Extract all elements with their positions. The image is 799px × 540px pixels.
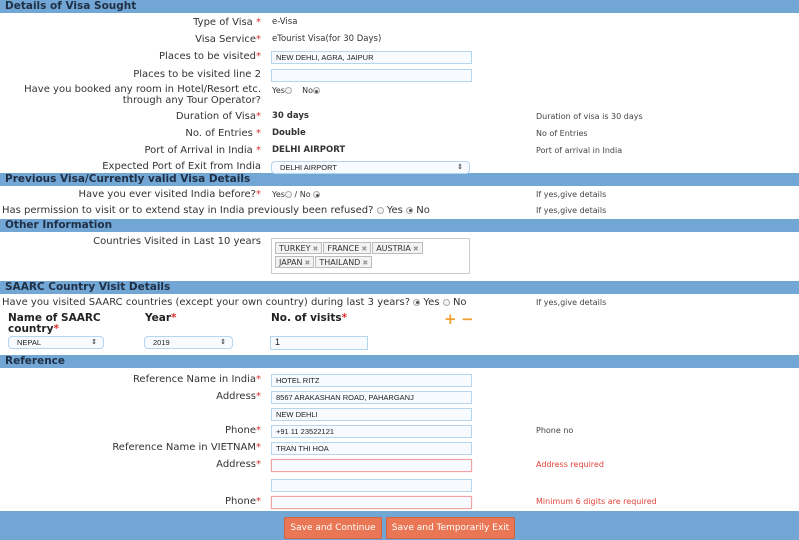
visited-india-label: Have you ever visited India before?*	[79, 186, 261, 203]
places-label: Places to be visited*	[159, 48, 261, 65]
ref-name-vn-label: Reference Name in VIETNAM*	[112, 439, 261, 456]
ref-phone-label: Phone*	[225, 422, 261, 439]
select-arrows-icon: ⇕	[457, 162, 463, 173]
exit-port-label: Expected Port of Exit from India	[102, 158, 261, 175]
save-exit-button[interactable]: Save and Temporarily Exit	[386, 517, 515, 539]
places2-input[interactable]	[271, 69, 472, 82]
countries-visited-label: Countries Visited in Last 10 years	[93, 233, 261, 250]
saarc-year-select[interactable]: 2019⇕	[144, 336, 233, 349]
entries-hint: No of Entries	[536, 125, 588, 142]
refused-hint: If yes,give details	[536, 202, 606, 219]
ref-address-label: Address*	[216, 388, 261, 405]
saarc-no-radio[interactable]	[443, 299, 450, 306]
country-tag-label: THAILAND	[319, 258, 360, 267]
remove-row-button[interactable]: −	[461, 310, 474, 328]
previous-visa-block: Have you ever visited India before?* Yes…	[0, 186, 799, 219]
places-input[interactable]: NEW DEHLI, AGRA, JAIPUR	[271, 51, 472, 64]
remove-tag-icon[interactable]: ✖	[362, 259, 368, 267]
duration-value: 30 days	[272, 108, 309, 125]
type-of-visa-value: e-Visa	[272, 14, 297, 31]
saarc-block: Have you visited SAARC countries (except…	[0, 294, 799, 355]
reference-block: Reference Name in India* HOTEL RITZ Addr…	[0, 368, 799, 515]
exit-port-select[interactable]: DELHI AIRPORT⇕	[271, 161, 470, 174]
col-country-header: Name of SAARCcountry*	[8, 313, 101, 335]
ref-phone-input[interactable]: +91 11 23522121	[271, 425, 472, 438]
section-reference: Reference	[0, 355, 799, 368]
country-tag: AUSTRIA✖	[372, 242, 423, 254]
remove-tag-icon[interactable]: ✖	[361, 245, 367, 253]
saarc-yes-radio[interactable]	[413, 299, 420, 306]
ref-name-india-label: Reference Name in India*	[133, 371, 261, 388]
type-of-visa-label: Type of Visa *	[193, 14, 261, 31]
section-other-info: Other Information	[0, 219, 799, 232]
arrival-hint: Port of arrival in India	[536, 142, 622, 159]
ref-address2-input[interactable]: NEW DEHLI	[271, 408, 472, 421]
refused-yes-radio[interactable]	[377, 207, 384, 214]
hotel-booked-label: Have you booked any room in Hotel/Resort…	[24, 84, 261, 106]
ref-name-india-input[interactable]: HOTEL RITZ	[271, 374, 472, 387]
select-arrows-icon: ⇕	[91, 337, 97, 348]
country-tag: TURKEY✖	[275, 242, 322, 254]
ref-address1-input[interactable]: 8567 ARAKASHAN ROAD, PAHARGANJ	[271, 391, 472, 404]
duration-hint: Duration of visa is 30 days	[536, 108, 643, 125]
countries-tag-input[interactable]: TURKEY✖FRANCE✖AUSTRIA✖JAPAN✖THAILAND✖	[271, 238, 470, 274]
visa-service-value: eTourist Visa(for 30 Days)	[272, 31, 381, 48]
col-visits-header: No. of visits*	[271, 313, 347, 324]
section-saarc: SAARC Country Visit Details	[0, 281, 799, 294]
section-visa-details: Details of Visa Sought	[0, 0, 799, 13]
arrival-value: DELHI AIRPORT	[272, 142, 345, 159]
visited-hint: If yes,give details	[536, 186, 606, 203]
entries-value: Double	[272, 125, 306, 142]
country-tag: FRANCE✖	[323, 242, 371, 254]
refused-no-radio[interactable]	[406, 207, 413, 214]
remove-tag-icon[interactable]: ✖	[304, 259, 310, 267]
ref-address-vn1-input[interactable]	[271, 459, 472, 472]
ref-phone-vn-label: Phone*	[225, 493, 261, 510]
entries-label: No. of Entries *	[185, 125, 261, 142]
saarc-country-select[interactable]: NEPAL⇕	[8, 336, 104, 349]
remove-tag-icon[interactable]: ✖	[313, 245, 319, 253]
refused-question: Has permission to visit or to extend sta…	[2, 202, 430, 219]
remove-tag-icon[interactable]: ✖	[413, 245, 419, 253]
hotel-booked-radios: Yes No	[272, 82, 320, 99]
saarc-visits-input[interactable]: 1	[270, 336, 368, 350]
ref-phone-vn-error: Minimum 6 digits are required	[536, 493, 657, 510]
add-row-button[interactable]: +	[444, 310, 457, 328]
country-tag: JAPAN✖	[275, 256, 314, 268]
ref-phone-vn-input[interactable]	[271, 496, 472, 509]
ref-name-vn-input[interactable]: TRAN THI HOA	[271, 442, 472, 455]
visited-yes-radio[interactable]	[285, 191, 292, 198]
visited-no-radio[interactable]	[313, 191, 320, 198]
col-year-header: Year*	[145, 313, 177, 324]
ref-address-vn-label: Address*	[216, 456, 261, 473]
ref-address-vn-error: Address required	[536, 456, 604, 473]
select-arrows-icon: ⇕	[220, 337, 226, 348]
country-tag-label: AUSTRIA	[376, 244, 411, 253]
ref-address-vn2-input[interactable]	[271, 479, 472, 492]
country-tag-label: FRANCE	[327, 244, 359, 253]
country-tag: THAILAND✖	[315, 256, 372, 268]
visited-india-radios: Yes / No	[272, 186, 320, 203]
hotel-no-radio[interactable]	[313, 87, 320, 94]
form-footer: Save and Continue Save and Temporarily E…	[0, 511, 799, 540]
visa-details-block: Type of Visa * e-Visa Visa Service* eTou…	[0, 13, 799, 173]
ref-phone-hint: Phone no	[536, 422, 573, 439]
country-tag-label: TURKEY	[279, 244, 311, 253]
hotel-yes-radio[interactable]	[285, 87, 292, 94]
duration-label: Duration of Visa*	[176, 108, 261, 125]
saarc-question: Have you visited SAARC countries (except…	[2, 294, 467, 311]
save-continue-button[interactable]: Save and Continue	[284, 517, 382, 539]
saarc-hint: If yes,give details	[536, 294, 606, 311]
country-tag-label: JAPAN	[279, 258, 302, 267]
places2-label: Places to be visited line 2	[133, 66, 261, 83]
visa-service-label: Visa Service*	[195, 31, 261, 48]
arrival-label: Port of Arrival in India *	[144, 142, 261, 159]
